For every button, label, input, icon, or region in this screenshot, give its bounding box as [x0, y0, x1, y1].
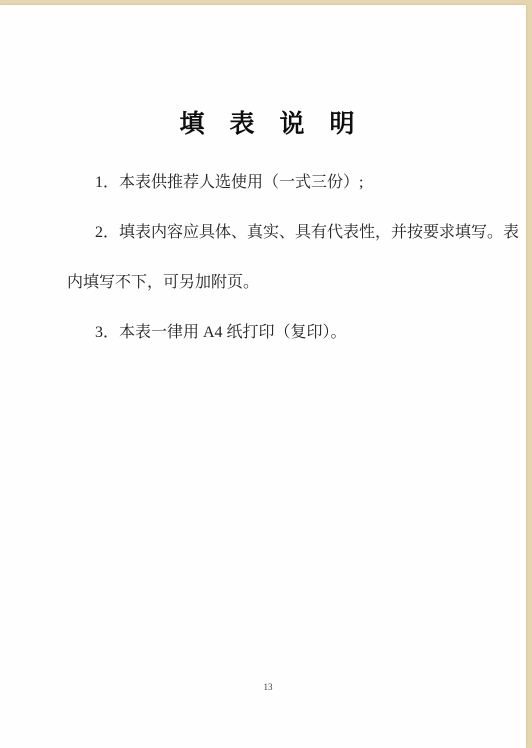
instruction-item-2-line-1: 2．填表内容应具体、真实、具有代表性，并按要求填写。表: [67, 208, 500, 258]
instruction-item-2-line-2: 内填写不下，可另加附页。: [67, 258, 500, 308]
scanned-page-background: { "page": { "background_color": "#e5d6b0…: [0, 0, 532, 748]
document-page: 填 表 说 明 1．本表供推荐人选使用（一式三份）; 2．填表内容应具体、真实、…: [0, 5, 526, 748]
page-title: 填 表 说 明: [4, 110, 530, 140]
instruction-item-3: 3．本表一律用 A4 纸打印（复印）。: [67, 308, 500, 358]
instructions-body: 1．本表供推荐人选使用（一式三份）; 2．填表内容应具体、真实、具有代表性，并按…: [67, 158, 500, 358]
instruction-item-1: 1．本表供推荐人选使用（一式三份）;: [67, 158, 500, 208]
page-number: 13: [5, 682, 531, 692]
